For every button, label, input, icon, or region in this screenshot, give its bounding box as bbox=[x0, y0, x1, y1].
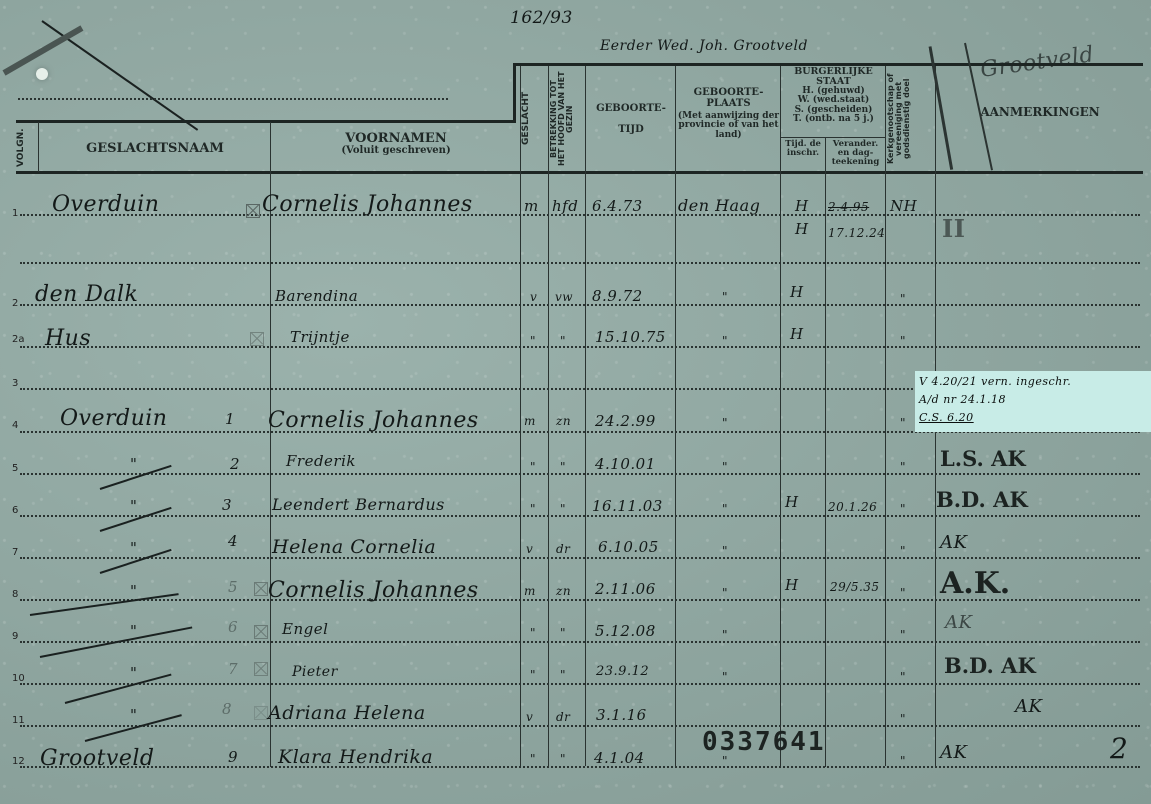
header-mid-border bbox=[16, 120, 516, 123]
row4-birth-date: 24.2.99 bbox=[595, 412, 656, 430]
row2-given: Barendina bbox=[275, 287, 358, 305]
row2a-civil-status: H bbox=[790, 325, 804, 343]
row10-birth-date: 23.9.12 bbox=[596, 664, 649, 679]
row9-religion: " bbox=[900, 628, 906, 642]
row7-given: Helena Cornelia bbox=[272, 536, 436, 558]
row12-given: Klara Hendrika bbox=[278, 746, 433, 768]
row-number: 8 bbox=[12, 589, 18, 600]
slip-line-1: V 4.20/21 vern. ingeschr. bbox=[919, 375, 1071, 388]
header-bs-tijd: Tijd. de inschr. bbox=[781, 140, 825, 158]
row10-child-nr: 7 bbox=[228, 660, 238, 678]
row12-child-nr: 9 bbox=[228, 748, 238, 766]
row4-sex: m bbox=[524, 414, 536, 428]
header-geboorteplaats-sub: (Met aanwijzing der provincie of van het… bbox=[677, 112, 780, 140]
header-voornamen-label: VOORNAMEN bbox=[345, 131, 446, 146]
row1-relation: hfd bbox=[552, 197, 578, 215]
row1-given: Cornelis Johannes bbox=[262, 192, 473, 217]
row2a-birth-date: 15.10.75 bbox=[595, 328, 666, 346]
header-geboorteplaats: GEBOORTE- PLAATS (Met aanwijzing der pro… bbox=[677, 88, 780, 140]
row5-birth-date: 4.10.01 bbox=[595, 455, 656, 473]
row2a-birth-place: " bbox=[722, 334, 728, 348]
row6-religion: " bbox=[900, 502, 906, 516]
header-bs-t: T. (ontb. na 5 j.) bbox=[782, 115, 885, 124]
top-annotation: Eerder Wed. Joh. Grootveld bbox=[600, 38, 808, 54]
header-bs-verander: Verander. en dag- teekening bbox=[826, 140, 885, 167]
col-divider bbox=[675, 66, 676, 766]
row1-birth-date: 6.4.73 bbox=[592, 197, 643, 215]
stamp-number: 0337641 bbox=[702, 727, 826, 757]
header-geboortetijd-l1: GEBOORTE- bbox=[587, 104, 675, 115]
col-divider bbox=[38, 122, 39, 172]
header-geslacht: GESLACHT bbox=[522, 70, 546, 168]
registration-card: 162/93 Eerder Wed. Joh. Grootveld Grootv… bbox=[0, 0, 1151, 804]
header-geslachtsnaam: GESLACHTSNAAM bbox=[40, 142, 270, 156]
row10-given: Pieter bbox=[292, 664, 338, 680]
checkbox-mark-icon bbox=[246, 204, 260, 218]
row10-birth-place: " bbox=[722, 670, 728, 684]
row11-sex: v bbox=[526, 710, 533, 724]
slip-line-3: C.S. 6.20 bbox=[919, 411, 974, 424]
burgerlijke-staat-subdivider bbox=[780, 137, 885, 138]
row-line bbox=[20, 766, 1140, 768]
header-burgerlijke-staat: BURGERLIJKE STAAT H. (gehuwd) W. (wed.st… bbox=[782, 67, 885, 125]
row5-remark-stamp: L.S. AK bbox=[940, 446, 1026, 471]
punch-hole bbox=[36, 68, 48, 80]
row2-surname: den Dalk bbox=[35, 282, 138, 307]
row-line bbox=[20, 557, 1140, 559]
row8-change: 29/5.35 bbox=[830, 580, 880, 594]
row8-birth-date: 2.11.06 bbox=[595, 580, 656, 598]
row4-religion: " bbox=[900, 416, 906, 430]
row5-relation: " bbox=[560, 460, 566, 474]
header-geboortetijd-l2: TIJD bbox=[587, 125, 675, 136]
row-line bbox=[20, 262, 1140, 264]
row12-surname: Grootveld bbox=[40, 746, 155, 771]
row4-surname: Overduin bbox=[60, 406, 167, 431]
row9-birth-place: " bbox=[722, 628, 728, 642]
row1-religion: NH bbox=[890, 197, 917, 215]
row7-birth-place: " bbox=[722, 544, 728, 558]
row7-sex: v bbox=[526, 542, 533, 556]
card-reference: 162/93 bbox=[510, 8, 573, 28]
row-number: 2a bbox=[12, 334, 25, 345]
row-line bbox=[20, 683, 1140, 685]
row6-remark-stamp: B.D. AK bbox=[936, 487, 1028, 512]
row1-remark: II bbox=[942, 214, 965, 243]
row9-remark: AK bbox=[945, 612, 972, 633]
row-line bbox=[20, 473, 1140, 475]
row2-birth-date: 8.9.72 bbox=[592, 287, 643, 305]
row2a-sex: " bbox=[530, 334, 536, 348]
row7-surname: " bbox=[130, 539, 137, 557]
row7-relation: dr bbox=[556, 542, 570, 556]
row-number: 9 bbox=[12, 631, 18, 642]
checkbox-mark-icon bbox=[254, 625, 268, 639]
row8-child-nr: 5 bbox=[228, 578, 238, 596]
row12-relation: " bbox=[560, 752, 566, 766]
cancel-stroke bbox=[30, 593, 179, 616]
header-step-border bbox=[513, 63, 516, 121]
row2a-relation: " bbox=[560, 334, 566, 348]
row9-sex: " bbox=[530, 626, 536, 640]
row7-child-nr: 4 bbox=[228, 532, 238, 550]
row10-sex: " bbox=[530, 668, 536, 682]
row10-remark-stamp: B.D. AK bbox=[944, 653, 1036, 678]
row8-birth-place: " bbox=[722, 586, 728, 600]
row1-civil-status-2: H bbox=[795, 220, 809, 238]
row6-sex: " bbox=[530, 502, 536, 516]
row11-remark: AK bbox=[1015, 696, 1042, 717]
header-bottom-border bbox=[16, 171, 1143, 174]
header-dotted-line bbox=[18, 98, 448, 100]
row9-child-nr: 6 bbox=[228, 618, 238, 636]
row-number: 4 bbox=[12, 420, 18, 431]
header-kerkgenootschap: Kerkgenootschap of vereeniging met godsd… bbox=[887, 70, 933, 168]
row-number: 11 bbox=[12, 715, 25, 726]
col-divider bbox=[885, 66, 886, 766]
pasted-correction-slip: V 4.20/21 vern. ingeschr. A/d nr 24.1.18… bbox=[915, 371, 1151, 432]
row-number: 6 bbox=[12, 505, 18, 516]
row11-birth-date: 3.1.16 bbox=[596, 706, 647, 724]
row8-civil-status: H bbox=[785, 576, 799, 594]
row-number: 3 bbox=[12, 378, 18, 389]
header-betrekking: BETREKKING TOT HET HOOFD VAN HET GEZIN bbox=[550, 70, 584, 168]
row8-relation: zn bbox=[556, 584, 571, 598]
row2-civil-status: H bbox=[790, 283, 804, 301]
row9-given: Engel bbox=[282, 620, 328, 638]
col-divider bbox=[585, 66, 586, 766]
header-voornamen: VOORNAMEN (Voluit geschreven) bbox=[272, 132, 520, 156]
row5-religion: " bbox=[900, 460, 906, 474]
checkbox-mark-icon bbox=[254, 662, 268, 676]
row5-sex: " bbox=[530, 460, 536, 474]
row-number: 7 bbox=[12, 547, 18, 558]
row8-sex: m bbox=[524, 584, 536, 598]
row12-religion: " bbox=[900, 754, 906, 768]
row9-relation: " bbox=[560, 626, 566, 640]
row11-surname: " bbox=[130, 706, 137, 724]
row11-relation: dr bbox=[556, 710, 570, 724]
slip-line-2: A/d nr 24.1.18 bbox=[919, 393, 1006, 406]
row-number: 12 bbox=[12, 756, 25, 767]
col-divider bbox=[548, 66, 549, 766]
corner-mark: 2 bbox=[1110, 732, 1128, 765]
col-divider bbox=[520, 66, 521, 766]
row6-relation: " bbox=[560, 502, 566, 516]
header-aanmerkingen: AANMERKINGEN bbox=[937, 106, 1143, 119]
row10-surname: " bbox=[130, 664, 137, 682]
row1-sex: m bbox=[524, 197, 539, 215]
row12-birth-date: 4.1.04 bbox=[594, 749, 645, 767]
row-line bbox=[20, 725, 1140, 727]
row8-remark-stamp: A.K. bbox=[940, 566, 1010, 601]
row11-child-nr: 8 bbox=[222, 700, 232, 718]
row4-given: Cornelis Johannes bbox=[268, 408, 479, 433]
row8-religion: " bbox=[900, 586, 906, 600]
checkbox-mark-icon bbox=[250, 332, 264, 346]
header-geboorteplaats-l2: PLAATS bbox=[677, 99, 780, 110]
row4-relation: zn bbox=[556, 414, 571, 428]
row1-surname: Overduin bbox=[52, 192, 159, 217]
row11-religion: " bbox=[900, 712, 906, 726]
col-divider bbox=[780, 66, 781, 766]
row9-birth-date: 5.12.08 bbox=[595, 622, 656, 640]
cancel-stroke bbox=[65, 674, 172, 704]
row8-given: Cornelis Johannes bbox=[268, 578, 479, 603]
row-line bbox=[20, 214, 1140, 216]
row6-surname: " bbox=[130, 497, 137, 515]
header-geboortetijd: GEBOORTE- TIJD bbox=[587, 104, 675, 135]
row7-birth-date: 6.10.05 bbox=[598, 538, 659, 556]
row-line bbox=[20, 641, 1140, 643]
header-voornamen-sub: (Voluit geschreven) bbox=[272, 146, 520, 157]
col-divider bbox=[270, 122, 271, 767]
row-number: 5 bbox=[12, 463, 18, 474]
row4-child-nr: 1 bbox=[225, 410, 235, 428]
row6-child-nr: 3 bbox=[222, 496, 232, 514]
row6-birth-date: 16.11.03 bbox=[592, 497, 663, 515]
row2-religion: " bbox=[900, 292, 906, 306]
row-line bbox=[20, 346, 1140, 348]
row5-surname: " bbox=[130, 455, 137, 473]
row-line bbox=[20, 515, 1140, 517]
col-divider bbox=[825, 137, 826, 767]
row12-remark: AK bbox=[940, 742, 967, 763]
header-volgnr: VOLGN. bbox=[17, 126, 31, 170]
row6-civil-status: H bbox=[785, 493, 799, 511]
row-number: 10 bbox=[12, 673, 25, 684]
row2a-given: Trijntje bbox=[290, 328, 350, 346]
row10-religion: " bbox=[900, 670, 906, 684]
row6-change: 20.1.26 bbox=[828, 500, 877, 514]
row2a-religion: " bbox=[900, 334, 906, 348]
row1-civil-status: H bbox=[795, 197, 809, 215]
row-number: 2 bbox=[12, 298, 18, 309]
row5-birth-place: " bbox=[722, 460, 728, 474]
row7-remark: AK bbox=[940, 532, 967, 553]
row2-birth-place: " bbox=[722, 290, 728, 304]
row12-sex: " bbox=[530, 752, 536, 766]
row2-sex: v bbox=[530, 290, 537, 304]
row7-religion: " bbox=[900, 544, 906, 558]
checkbox-mark-icon bbox=[254, 706, 268, 720]
checkbox-mark-icon bbox=[254, 582, 268, 596]
row2-relation: vw bbox=[555, 290, 573, 304]
row1-change-2: 17.12.24 bbox=[828, 226, 885, 240]
row1-change: 2.4.95 bbox=[828, 200, 869, 214]
row11-given: Adriana Helena bbox=[268, 702, 426, 724]
row5-child-nr: 2 bbox=[230, 455, 240, 473]
row6-birth-place: " bbox=[722, 502, 728, 516]
row1-birth-place: den Haag bbox=[678, 196, 760, 215]
row-number: 1 bbox=[12, 208, 18, 219]
row8-surname: " bbox=[130, 582, 137, 600]
row5-given: Frederik bbox=[286, 452, 356, 470]
row2a-surname: Hus bbox=[45, 326, 91, 351]
row4-birth-place: " bbox=[722, 416, 728, 430]
row-line bbox=[20, 304, 1140, 306]
row10-relation: " bbox=[560, 668, 566, 682]
header-geboorteplaats-l1: GEBOORTE- bbox=[677, 88, 780, 99]
row6-given: Leendert Bernardus bbox=[272, 495, 445, 514]
